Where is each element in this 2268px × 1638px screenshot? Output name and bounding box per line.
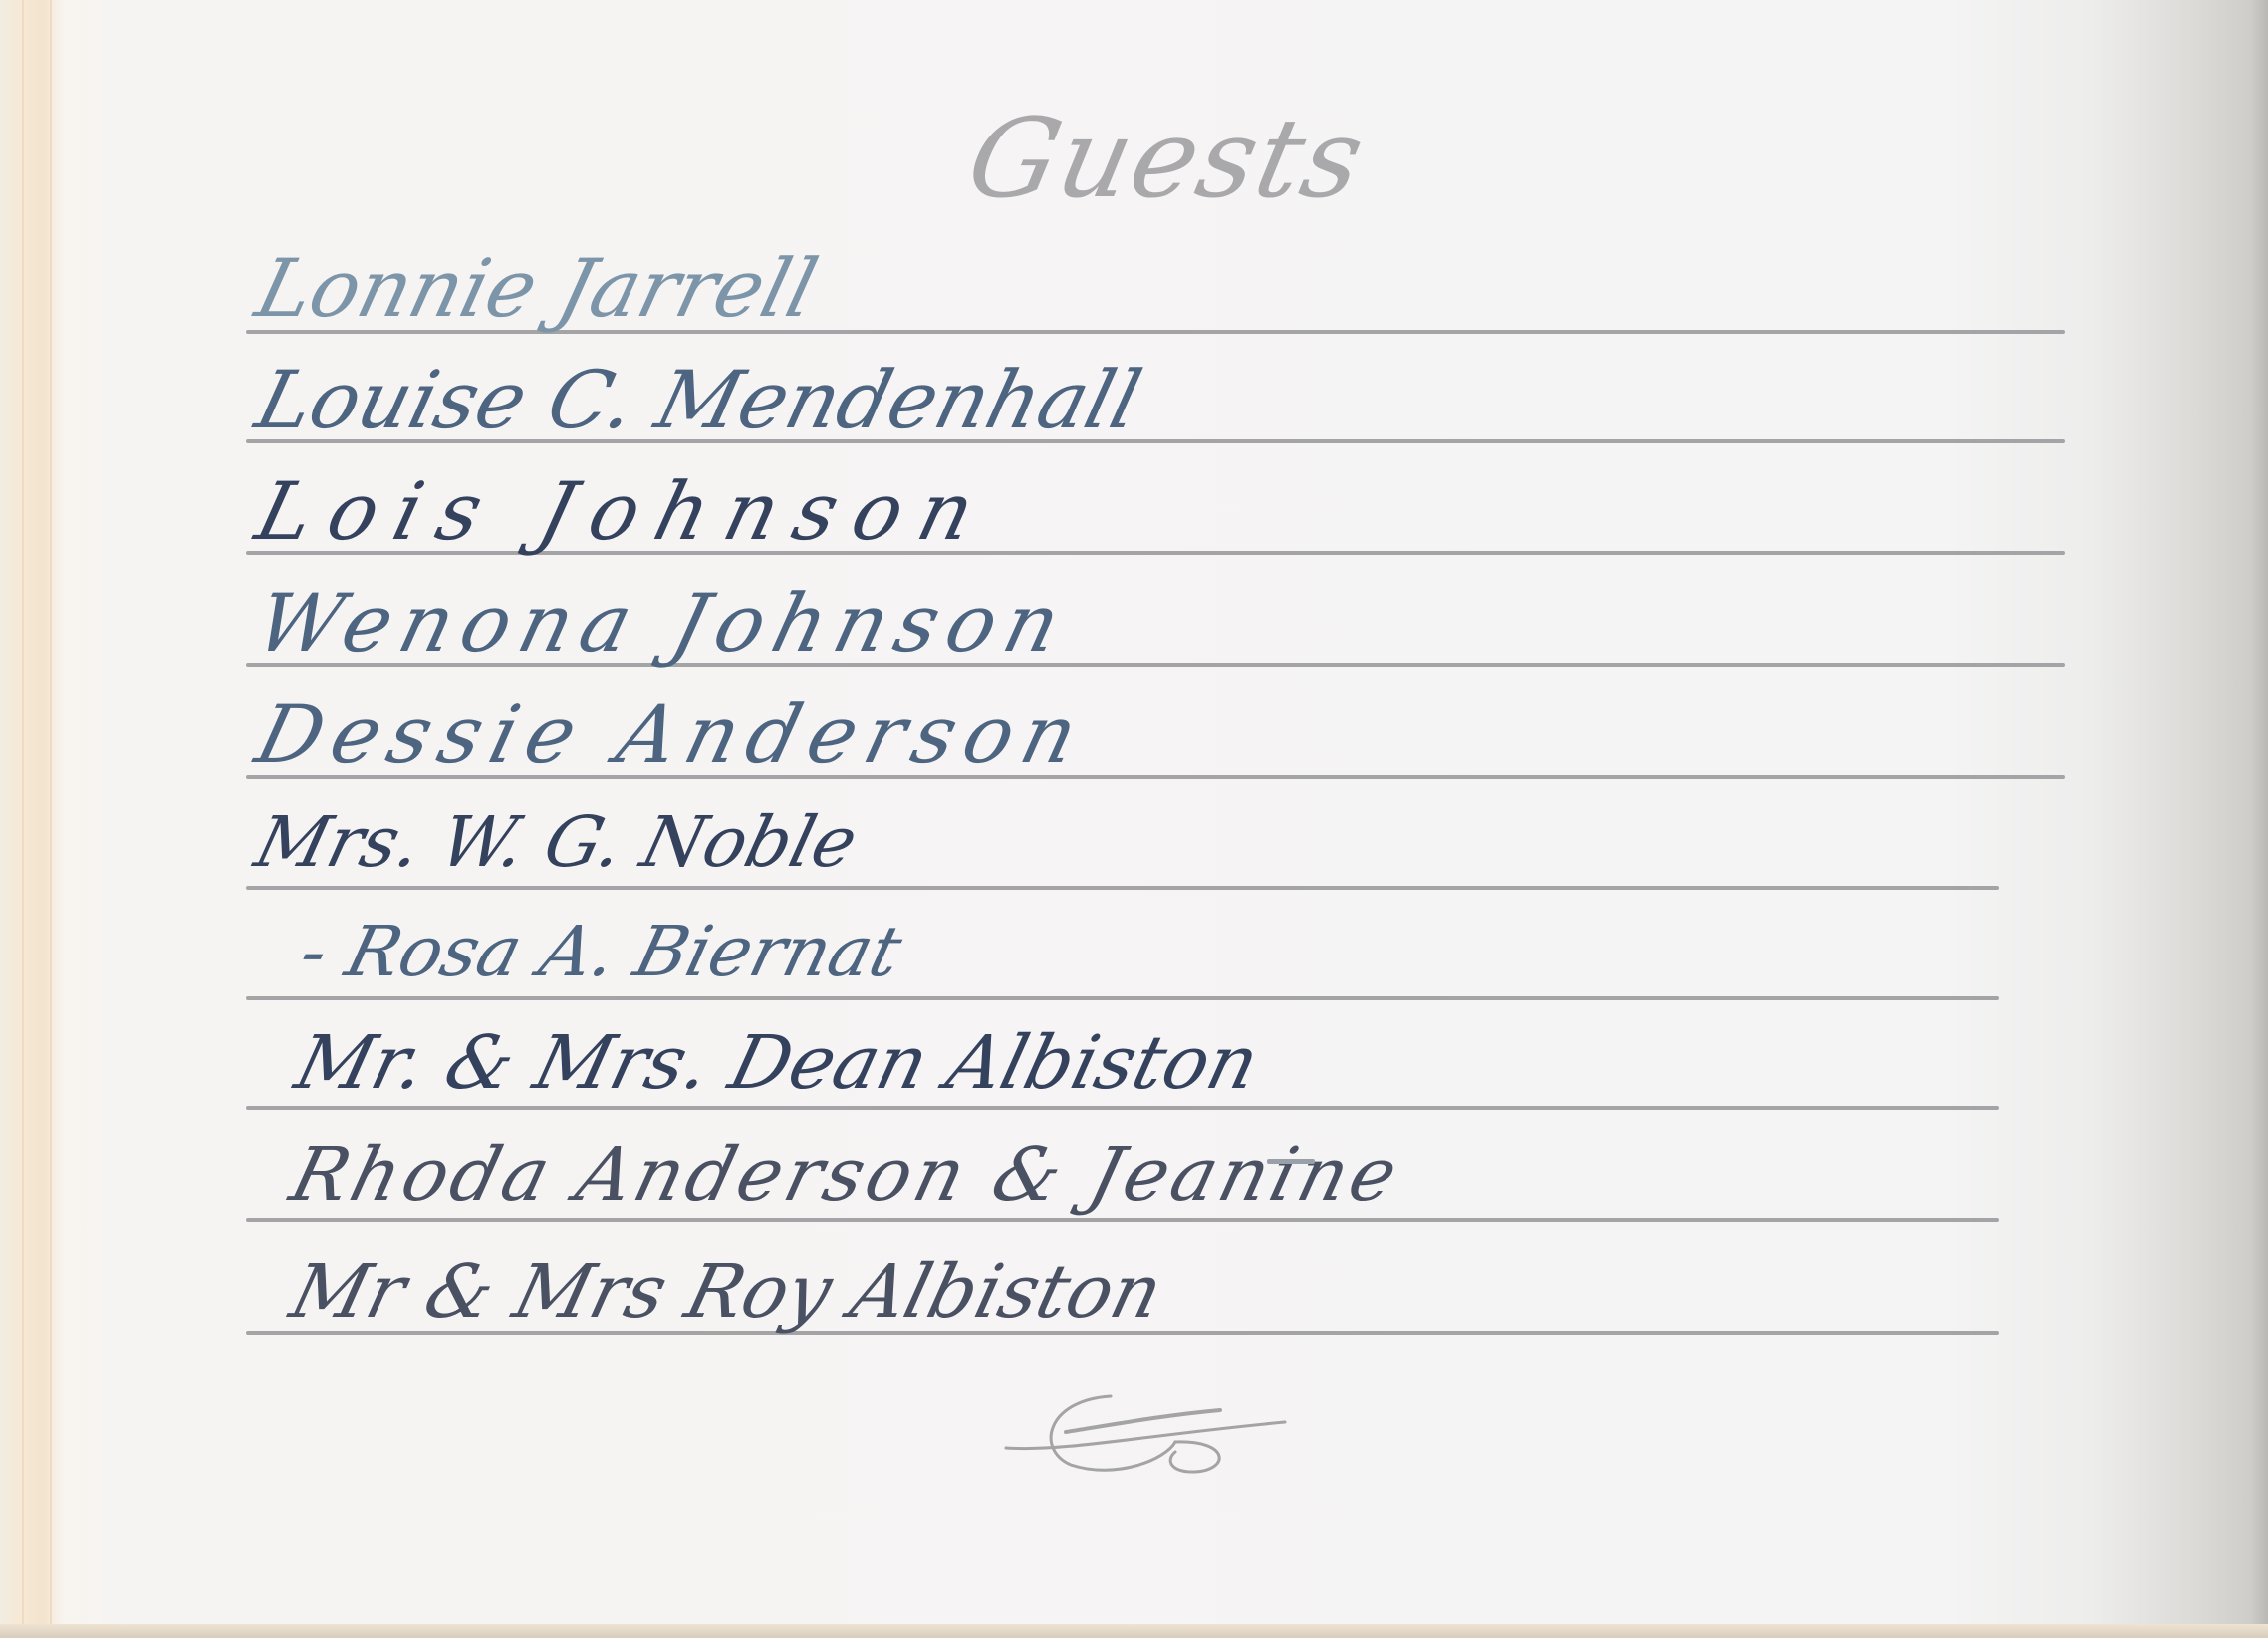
- guest-entry: Mr & Mrs Roy Albiston: [284, 1255, 1169, 1329]
- guest-entry: Rhoda Anderson & Jeanine: [284, 1138, 1407, 1212]
- guest-entry: Lois Johnson: [249, 472, 999, 552]
- ruled-line: [246, 1218, 1999, 1222]
- binding-edge-line: [22, 0, 24, 1638]
- ruled-line: [246, 886, 1999, 890]
- page-bottom-edge: [0, 1624, 2268, 1638]
- guest-entry: Dessie Anderson: [249, 695, 1095, 775]
- ink-smudge: [1267, 1159, 1315, 1164]
- guest-entry: Wenona Johnson: [249, 584, 1077, 664]
- guest-entry: Mrs. W. G. Noble: [249, 807, 864, 877]
- ruled-line: [246, 996, 1999, 1000]
- guest-book-page: Guests Lonnie Jarrell Louise C. Mendenha…: [0, 0, 2268, 1638]
- ruled-line: [246, 1106, 1999, 1110]
- guest-entry: - Rosa A. Biernat: [294, 917, 908, 986]
- guest-entry: Louise C. Mendenhall: [249, 361, 1148, 440]
- binding-edge-line: [50, 0, 52, 1638]
- page-heading: Guests: [957, 95, 1376, 222]
- guest-entry: Mr. & Mrs. Dean Albiston: [289, 1026, 1266, 1100]
- guest-entry: Lonnie Jarrell: [249, 249, 824, 329]
- flourish-ornament-icon: [976, 1380, 1295, 1500]
